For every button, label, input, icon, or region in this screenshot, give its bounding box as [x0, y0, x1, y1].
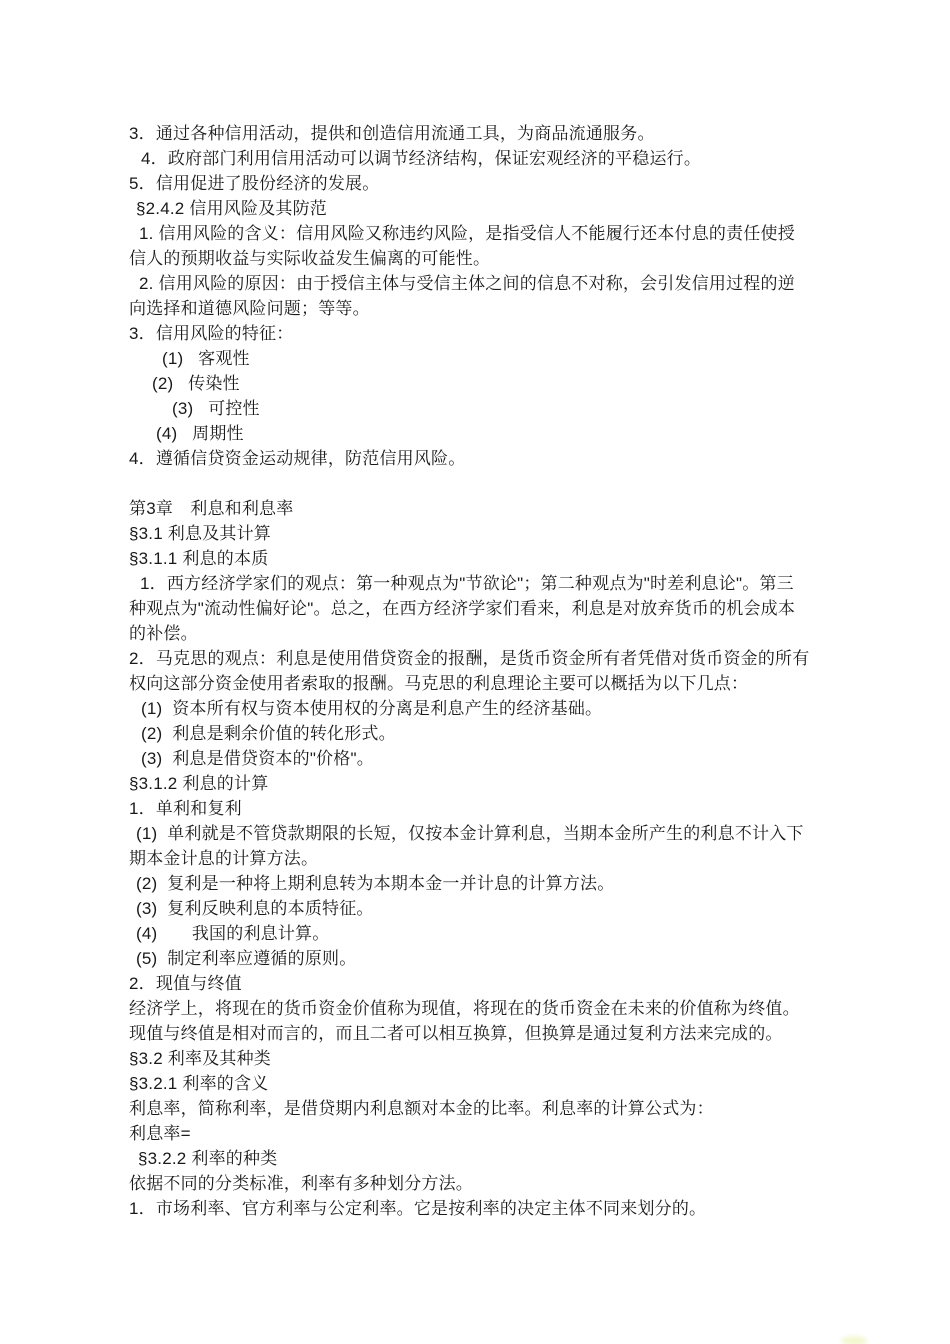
text-line: 的补偿。: [129, 621, 849, 646]
text-line: (2) 利息是剩余价值的转化形式。: [129, 721, 849, 746]
text-line: (3) 可控性: [129, 396, 849, 421]
text-line: 4．政府部门利用信用活动可以调节经济结构，保证宏观经济的平稳运行。: [129, 146, 849, 171]
text-line: (3) 利息是借贷资本的"价格"。: [129, 746, 849, 771]
text-line: §3.1 利息及其计算: [129, 521, 849, 546]
text-line: 5．信用促进了股份经济的发展。: [129, 171, 849, 196]
text-line: 2．现值与终值: [129, 971, 849, 996]
text-line: §3.2.2 利率的种类: [129, 1146, 849, 1171]
text-line: 3．信用风险的特征：: [129, 321, 849, 346]
text-line: (4) 周期性: [129, 421, 849, 446]
document-page: 3．通过各种信用活动，提供和创造信用流通工具，为商品流通服务。4．政府部门利用信…: [0, 0, 950, 1344]
text-line: 1．西方经济学家们的观点：第一种观点为"节欲论"；第二种观点为"时差利息论"。第…: [129, 571, 849, 596]
text-line: §2.4.2 信用风险及其防范: [129, 196, 849, 221]
text-line: 依据不同的分类标准，利率有多种划分方法。: [129, 1171, 849, 1196]
text-line: 种观点为"流动性偏好论"。总之，在西方经济学家们看来，利息是对放弃货币的机会成本: [129, 596, 849, 621]
text-line: (1) 资本所有权与资本使用权的分离是利息产生的经济基础。: [129, 696, 849, 721]
text-line: (1) 单利就是不管贷款期限的长短，仅按本金计算利息，当期本金所产生的利息不计入…: [129, 821, 849, 846]
text-line: 权向这部分资金使用者索取的报酬。马克思的利息理论主要可以概括为以下几点：: [129, 671, 849, 696]
text-line: (1) 客观性: [129, 346, 849, 371]
document-lines: 3．通过各种信用活动，提供和创造信用流通工具，为商品流通服务。4．政府部门利用信…: [129, 121, 849, 1221]
text-line: (2) 复利是一种将上期利息转为本期本金一并计息的计算方法。: [129, 871, 849, 896]
text-line: 1．市场利率、官方利率与公定利率。它是按利率的决定主体不同来划分的。: [129, 1196, 849, 1221]
text-line: [129, 471, 849, 496]
text-line: 现值与终值是相对而言的，而且二者可以相互换算，但换算是通过复利方法来完成的。: [129, 1021, 849, 1046]
text-line: 1. 信用风险的含义：信用风险又称违约风险，是指受信人不能履行还本付息的责任使授: [129, 221, 849, 246]
text-line: §3.1.1 利息的本质: [129, 546, 849, 571]
text-line: 2．马克思的观点：利息是使用借贷资金的报酬，是货币资金所有者凭借对货币资金的所有: [129, 646, 849, 671]
watermark-fragment: [841, 1336, 867, 1344]
text-line: (4) 我国的利息计算。: [129, 921, 849, 946]
text-line: 3．通过各种信用活动，提供和创造信用流通工具，为商品流通服务。: [129, 121, 849, 146]
text-line: 4．遵循信贷资金运动规律，防范信用风险。: [129, 446, 849, 471]
text-line: 期本金计息的计算方法。: [129, 846, 849, 871]
text-line: 2. 信用风险的原因：由于授信主体与受信主体之间的信息不对称，会引发信用过程的逆: [129, 271, 849, 296]
text-line: 利息率，简称利率，是借贷期内利息额对本金的比率。利息率的计算公式为：: [129, 1096, 849, 1121]
text-line: §3.2.1 利率的含义: [129, 1071, 849, 1096]
text-line: (5) 制定利率应遵循的原则。: [129, 946, 849, 971]
text-line: (2) 传染性: [129, 371, 849, 396]
text-line: 信人的预期收益与实际收益发生偏离的可能性。: [129, 246, 849, 271]
text-line: 向选择和道德风险问题；等等。: [129, 296, 849, 321]
text-line: 经济学上，将现在的货币资金价值称为现值，将现在的货币资金在未来的价值称为终值。: [129, 996, 849, 1021]
text-line: (3) 复利反映利息的本质特征。: [129, 896, 849, 921]
text-line: 1．单利和复利: [129, 796, 849, 821]
text-line: §3.2 利率及其种类: [129, 1046, 849, 1071]
text-line: 利息率=: [129, 1121, 849, 1146]
text-line: 第3章 利息和利息率: [129, 496, 849, 521]
text-line: §3.1.2 利息的计算: [129, 771, 849, 796]
